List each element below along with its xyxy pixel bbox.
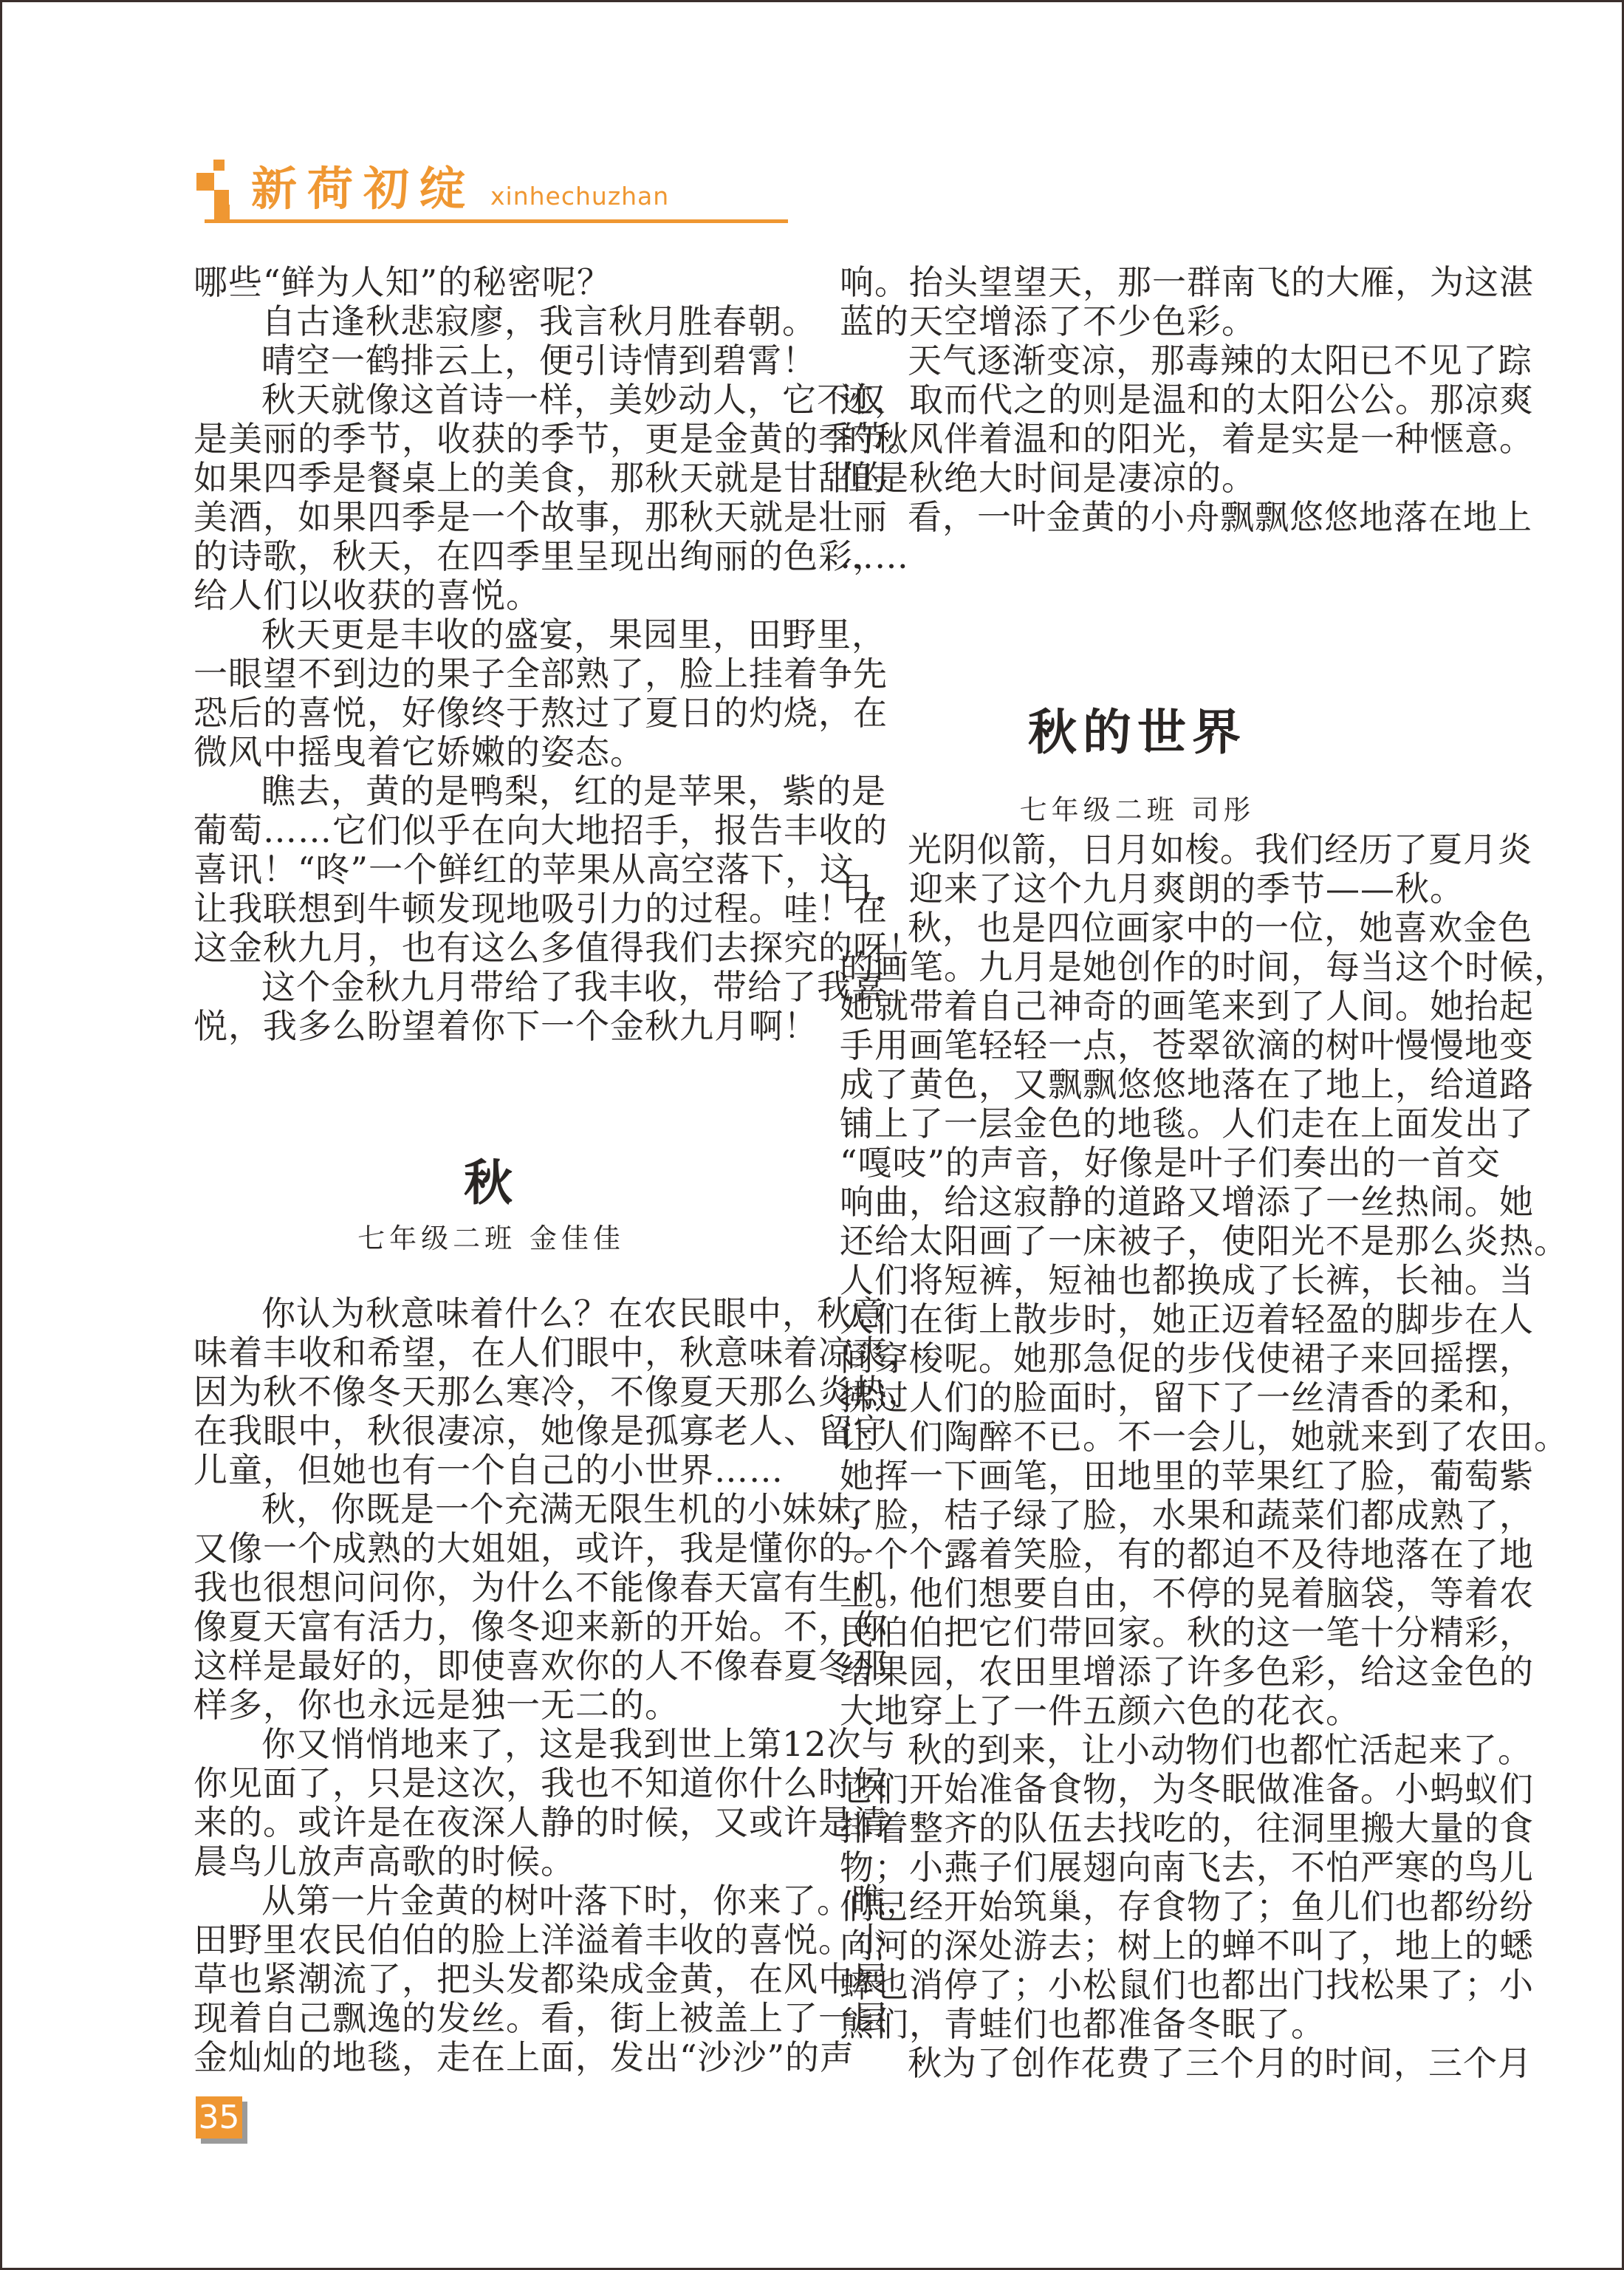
- text-line: 微风中摇曳着它娇嫩的姿态。: [193, 733, 789, 772]
- text-line: 的秋风伴着温和的阳光，着是实是一种惬意。: [840, 420, 1435, 459]
- text-line: 像夏天富有活力，像冬迎来新的开始。不，你: [193, 1607, 789, 1647]
- text-line: 秋天更是丰收的盛宴，果园里，田野里，: [193, 615, 789, 654]
- text-line: 间穿梭呢。她那急促的步伐使裙子来回摇摆，: [840, 1339, 1435, 1378]
- text-line: 在我眼中，秋很凄凉，她像是孤寡老人、留守: [193, 1412, 789, 1451]
- text-line: 田野里农民伯伯的脸上洋溢着丰收的喜悦。小: [193, 1921, 789, 1960]
- text-line: “嘎吱”的声音，好像是叶子们奏出的一首交: [840, 1143, 1435, 1183]
- text-line: 秋为了创作花费了三个月的时间，三个月: [840, 2044, 1435, 2083]
- text-line: 是美丽的季节，收获的季节，更是金黄的季节。: [193, 420, 789, 459]
- text-line: 又像一个成熟的大姐姐，或许，我是懂你的。: [193, 1529, 789, 1568]
- text-line: 晴空一鹤排云上，便引诗情到碧霄！: [193, 341, 789, 380]
- page-number: 35: [199, 2099, 240, 2136]
- article-body-qiu: 你认为秋意味着什么？在农民眼中，秋意味着丰收和希望，在人们眼中，秋意味着凉爽，因…: [193, 1294, 789, 2077]
- text-line: 我也很想问问你，为什么不能像春天富有生机，: [193, 1568, 789, 1607]
- text-line: 迹，取而代之的则是温和的太阳公公。那凉爽: [840, 380, 1435, 420]
- right-column-continued-text: 响。抬头望望天，那一群南飞的大雁，为这湛蓝的天空增添了不少色彩。天气逐渐变凉，那…: [840, 263, 1435, 576]
- text-line: 因为秋不像冬天那么寒冷，不像夏天那么炎热，: [193, 1372, 789, 1412]
- text-line: 她挥一下画笔，田地里的苹果红了脸，葡萄紫: [840, 1457, 1435, 1496]
- text-line: 排着整齐的队伍去找吃的，往洞里搬大量的食: [840, 1809, 1435, 1848]
- text-line: 还给太阳画了一床被子，使阳光不是那么炎热。: [840, 1222, 1435, 1261]
- text-line: 这金秋九月，也有这么多值得我们去探究的呀！: [193, 929, 789, 968]
- left-column: 哪些“鲜为人知”的秘密呢？自古逢秋悲寂廖，我言秋月胜春朝。晴空一鹤排云上，便引诗…: [193, 0, 789, 2270]
- text-line: 晨鸟儿放声高歌的时候。: [193, 1842, 789, 1881]
- text-line: 人们在街上散步时，她正迈着轻盈的脚步在人: [840, 1300, 1435, 1339]
- text-line: 你又悄悄地来了，这是我到世上第12次与: [193, 1725, 789, 1764]
- text-line: 美酒，如果四季是一个故事，那秋天就是壮丽: [193, 498, 789, 537]
- text-line: 恐后的喜悦，好像终于熬过了夏日的灼烧，在: [193, 694, 789, 733]
- text-line: 上。他们想要自由，不停的晃着脑袋，等着农: [840, 1574, 1435, 1613]
- text-line: 如果四季是餐桌上的美食，那秋天就是甘甜的: [193, 459, 789, 498]
- text-line: 天气逐渐变凉，那毒辣的太阳已不见了踪: [840, 341, 1435, 380]
- text-line: 日，迎来了这个九月爽朗的季节——秋。: [840, 869, 1435, 909]
- text-line: 大地穿上了一件五颜六色的花衣。: [840, 1692, 1435, 1731]
- text-line: 民伯伯把它们带回家。秋的这一笔十分精彩，: [840, 1613, 1435, 1652]
- text-line: 一个个露着笑脸，有的都迫不及待地落在了地: [840, 1535, 1435, 1574]
- text-line: 让人们陶醉不已。不一会儿，她就来到了农田。: [840, 1418, 1435, 1457]
- article-byline-qiu: 七年级二班 金佳佳: [193, 1216, 789, 1256]
- text-line: 蓝的天空增添了不少色彩。: [840, 302, 1435, 341]
- text-line: 这个金秋九月带给了我丰收，带给了我喜: [193, 968, 789, 1007]
- text-line: 了脸，桔子绿了脸，水果和蔬菜们都成熟了，: [840, 1496, 1435, 1535]
- text-line: 向河的深处游去；树上的蝉不叫了，地上的蟋: [840, 1927, 1435, 1966]
- article-title-qiu: 秋: [193, 1143, 789, 1214]
- article-body-qiu-de-shijie: 光阴似箭，日月如梭。我们经历了夏月炎日，迎来了这个九月爽朗的季节——秋。秋，也是…: [840, 830, 1435, 2083]
- text-line: 味着丰收和希望，在人们眼中，秋意味着凉爽，: [193, 1333, 789, 1372]
- text-line: 看，一叶金黄的小舟飘飘悠悠地落在地上: [840, 498, 1435, 537]
- text-line: ……: [840, 537, 1435, 576]
- magazine-page: 新荷初绽 xinhechuzhan 哪些“鲜为人知”的秘密呢？自古逢秋悲寂廖，我…: [0, 0, 1624, 2270]
- text-line: 的诗歌，秋天，在四季里呈现出绚丽的色彩，: [193, 537, 789, 576]
- text-line: 这样是最好的，即使喜欢你的人不像春夏冬那: [193, 1647, 789, 1686]
- page-number-badge: 35: [196, 2096, 242, 2139]
- text-line: 她就带着自己神奇的画笔来到了人间。她抬起: [840, 987, 1435, 1026]
- text-line: 秋，也是四位画家中的一位，她喜欢金色: [840, 909, 1435, 948]
- text-line: 让我联想到牛顿发现地吸引力的过程。哇！在: [193, 889, 789, 929]
- text-line: 但是秋绝大时间是凄凉的。: [840, 459, 1435, 498]
- text-line: 自古逢秋悲寂廖，我言秋月胜春朝。: [193, 302, 789, 341]
- text-line: 秋天就像这首诗一样，美妙动人，它不仅: [193, 380, 789, 420]
- text-line: 拂过人们的脸面时，留下了一丝清香的柔和，: [840, 1378, 1435, 1418]
- text-line: 悦，我多么盼望着你下一个金秋九月啊！: [193, 1007, 789, 1046]
- text-line: 光阴似箭，日月如梭。我们经历了夏月炎: [840, 830, 1435, 869]
- text-line: 蟀也消停了；小松鼠们也都出门找松果了；小: [840, 1966, 1435, 2005]
- text-line: 草也紧潮流了，把头发都染成金黄，在风中展: [193, 1960, 789, 1999]
- text-line: 物；小燕子们展翅向南飞去，不怕严寒的鸟儿: [840, 1848, 1435, 1887]
- text-line: 给果园，农田里增添了许多色彩，给这金色的: [840, 1652, 1435, 1692]
- text-line: 你见面了，只是这次，我也不知道你什么时候: [193, 1764, 789, 1803]
- text-line: 来的。或许是在夜深人静的时候，又或许是清: [193, 1803, 789, 1842]
- left-column-continued-text: 哪些“鲜为人知”的秘密呢？自古逢秋悲寂廖，我言秋月胜春朝。晴空一鹤排云上，便引诗…: [193, 263, 789, 1046]
- text-line: 它们开始准备食物，为冬眠做准备。小蚂蚁们: [840, 1770, 1435, 1809]
- text-line: 葡萄……它们似乎在向大地招手，报告丰收的: [193, 811, 789, 850]
- text-line: 现着自己飘逸的发丝。看，街上被盖上了一层: [193, 1999, 789, 2038]
- text-line: 成了黄色，又飘飘悠悠地落在了地上，给道路: [840, 1065, 1435, 1104]
- text-line: 儿童，但她也有一个自己的小世界……: [193, 1451, 789, 1490]
- text-line: 喜讯！“咚”一个鲜红的苹果从高空落下，这: [193, 850, 789, 889]
- text-line: 响。抬头望望天，那一群南飞的大雁，为这湛: [840, 263, 1435, 302]
- text-line: 熊们，青蛙们也都准备冬眠了。: [840, 2005, 1435, 2044]
- text-line: 给人们以收获的喜悦。: [193, 576, 789, 615]
- text-line: 秋的到来，让小动物们也都忙活起来了。: [840, 1731, 1435, 1770]
- text-line: 金灿灿的地毯，走在上面，发出“沙沙”的声: [193, 2038, 789, 2077]
- text-line: 从第一片金黄的树叶落下时，你来了。瞧，: [193, 1881, 789, 1921]
- text-line: 手用画笔轻轻一点，苍翠欲滴的树叶慢慢地变: [840, 1026, 1435, 1065]
- text-line: 响曲，给这寂静的道路又增添了一丝热闹。她: [840, 1183, 1435, 1222]
- text-line: 人们将短裤，短袖也都换成了长裤，长袖。当: [840, 1261, 1435, 1300]
- article-byline-qiu-de-shijie: 七年级二班 司彤: [840, 787, 1435, 827]
- right-column: 响。抬头望望天，那一群南飞的大雁，为这湛蓝的天空增添了不少色彩。天气逐渐变凉，那…: [840, 0, 1435, 2270]
- text-line: 哪些“鲜为人知”的秘密呢？: [193, 263, 789, 302]
- text-line: 的画笔。九月是她创作的时间，每当这个时候，: [840, 948, 1435, 987]
- text-line: 你认为秋意味着什么？在农民眼中，秋意: [193, 1294, 789, 1333]
- text-line: 瞧去，黄的是鸭梨，红的是苹果，紫的是: [193, 772, 789, 811]
- text-line: 铺上了一层金色的地毯。人们走在上面发出了: [840, 1104, 1435, 1143]
- text-line: 一眼望不到边的果子全部熟了，脸上挂着争先: [193, 654, 789, 694]
- text-line: 秋，你既是一个充满无限生机的小妹妹，: [193, 1490, 789, 1529]
- text-line: 们已经开始筑巢，存食物了；鱼儿们也都纷纷: [840, 1887, 1435, 1927]
- text-line: 样多，你也永远是独一无二的。: [193, 1686, 789, 1725]
- article-title-qiu-de-shijie: 秋的世界: [840, 693, 1435, 763]
